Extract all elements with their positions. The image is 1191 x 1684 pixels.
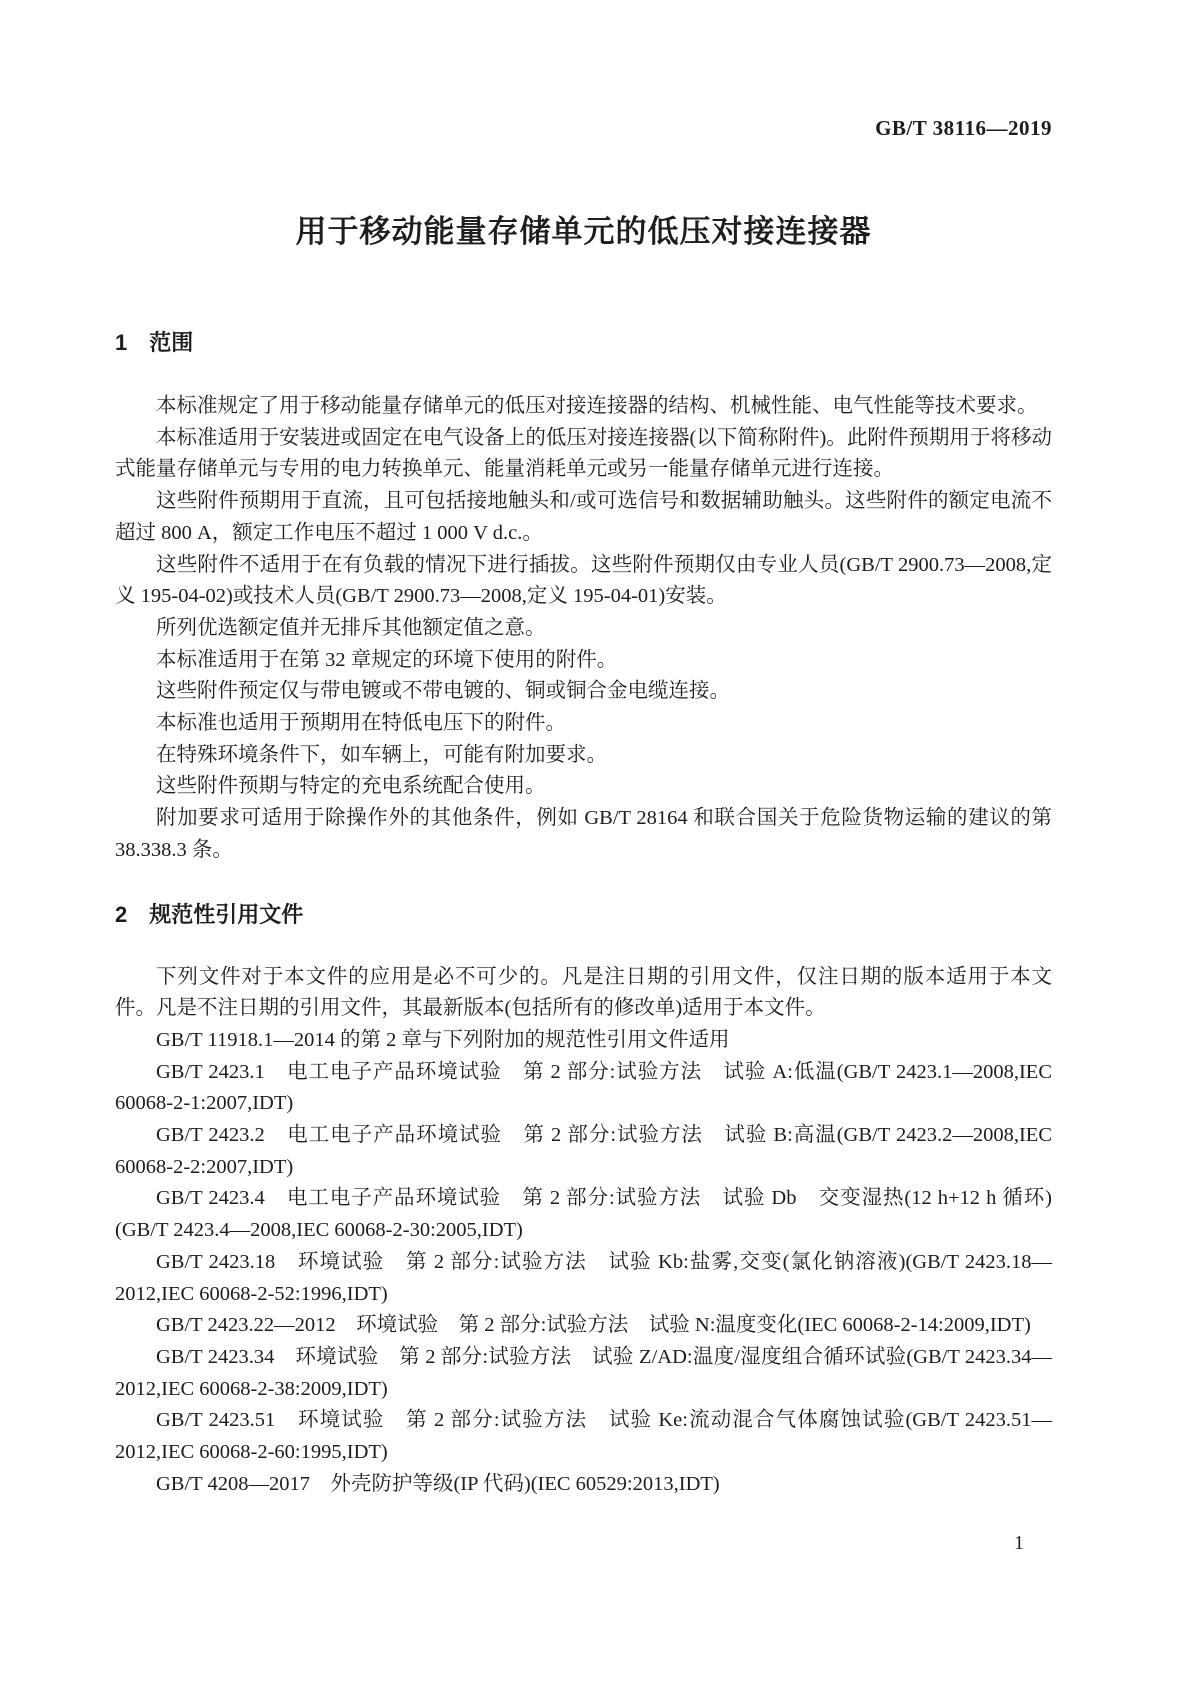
- paragraph: 这些附件预期用于直流，且可包括接地触头和/或可选信号和数据辅助触头。这些附件的额…: [115, 486, 1052, 549]
- text-column: GB/T 38116—2019 用于移动能量存储单元的低压对接连接器 1 范围 …: [115, 0, 1052, 1501]
- standard-code: GB/T 38116—2019: [115, 116, 1052, 140]
- paragraph: 本标准规定了用于移动能量存储单元的低压对接连接器的结构、机械性能、电气性能等技术…: [115, 391, 1052, 423]
- paragraph: 在特殊环境条件下，如车辆上，可能有附加要求。: [115, 740, 1052, 772]
- reference-entry: GB/T 2423.4 电工电子产品环境试验 第 2 部分:试验方法 试验 Db…: [115, 1183, 1052, 1246]
- paragraph: 这些附件预定仅与带电镀或不带电镀的、铜或铜合金电缆连接。: [115, 676, 1052, 708]
- paragraph: 下列文件对于本文件的应用是必不可少的。凡是注日期的引用文件，仅注日期的版本适用于…: [115, 962, 1052, 1025]
- paragraph: 这些附件不适用于在有负载的情况下进行插拔。这些附件预期仅由专业人员(GB/T 2…: [115, 550, 1052, 613]
- reference-entry: GB/T 4208—2017 外壳防护等级(IP 代码)(IEC 60529:2…: [115, 1469, 1052, 1501]
- document-page: GB/T 38116—2019 用于移动能量存储单元的低压对接连接器 1 范围 …: [0, 0, 1191, 1684]
- reference-entry: GB/T 2423.2 电工电子产品环境试验 第 2 部分:试验方法 试验 B:…: [115, 1120, 1052, 1183]
- paragraph: 所列优选额定值并无排斥其他额定值之意。: [115, 613, 1052, 645]
- paragraph: 附加要求可适用于除操作外的其他条件，例如 GB/T 28164 和联合国关于危险…: [115, 803, 1052, 866]
- page-number: 1: [115, 1528, 1052, 1558]
- document-title: 用于移动能量存储单元的低压对接连接器: [115, 210, 1052, 254]
- reference-entry: GB/T 2423.18 环境试验 第 2 部分:试验方法 试验 Kb:盐雾,交…: [115, 1247, 1052, 1310]
- reference-entry: GB/T 2423.34 环境试验 第 2 部分:试验方法 试验 Z/AD:温度…: [115, 1342, 1052, 1405]
- paragraph: 本标准适用于在第 32 章规定的环境下使用的附件。: [115, 645, 1052, 677]
- reference-entry: GB/T 2423.22—2012 环境试验 第 2 部分:试验方法 试验 N:…: [115, 1310, 1052, 1342]
- reference-entry: GB/T 11918.1—2014 的第 2 章与下列附加的规范性引用文件适用: [115, 1025, 1052, 1057]
- paragraph: 本标准适用于安装进或固定在电气设备上的低压对接连接器(以下简称附件)。此附件预期…: [115, 423, 1052, 486]
- clause-2-heading: 2 规范性引用文件: [115, 899, 1052, 931]
- clause-1-heading: 1 范围: [115, 327, 1052, 359]
- reference-entry: GB/T 2423.51 环境试验 第 2 部分:试验方法 试验 Ke:流动混合…: [115, 1405, 1052, 1468]
- paragraph: 这些附件预期与特定的充电系统配合使用。: [115, 771, 1052, 803]
- paragraph: 本标准也适用于预期用在特低电压下的附件。: [115, 708, 1052, 740]
- reference-entry: GB/T 2423.1 电工电子产品环境试验 第 2 部分:试验方法 试验 A:…: [115, 1057, 1052, 1120]
